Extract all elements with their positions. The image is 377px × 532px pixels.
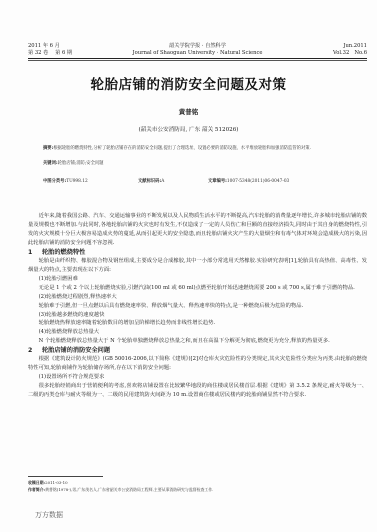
subparagraph-1-3: 轮胎燃烧热释放速率随着轮胎数目的增加呈阶梯增长趋势而非线性增长趋势.	[28, 319, 367, 328]
footnote-author-bio: 作者简介:黄普铭(1978-),男,广东茂名人,广东省韶关市公安消防局工程师,主…	[28, 487, 367, 492]
subparagraph-1-4: N 个轮胎燃烧释放总热量大于 N 个轮胎单独燃烧释放总热量之和,而且在高温下分解…	[28, 337, 367, 346]
article-id-value: 1007-5348(2011)06-0047-03	[227, 178, 289, 185]
footnote-received: 收稿日期:2011-03-10	[28, 480, 367, 485]
section-2-number: 2	[28, 346, 42, 355]
subheading-1-3: (3)轮胎越多燃烧的速度越快	[28, 311, 367, 320]
footnote-rule	[28, 476, 103, 477]
section-2-title: 轮胎店铺的消防安全问题	[42, 347, 110, 354]
author-affiliation: (韶关市公安消防局, 广东 韶关 512026)	[0, 125, 377, 133]
bio-label: 作者简介:	[28, 487, 45, 492]
header-volume-en: Vol.32 No.6	[333, 50, 367, 57]
classification-line: 中图分类号:TU998.12文献标识码:A文章编号:1007-5348(2011…	[43, 178, 357, 185]
section-1-title: 轮胎的燃烧特性	[42, 249, 85, 256]
bio-text: 黄普铭(1978-),男,广东茂名人,广东省韶关市公安消防局工程师,主要从事消防…	[45, 487, 213, 492]
doc-code-value: A	[161, 178, 164, 185]
keywords-text: 轮胎店铺;消防;安全问题	[58, 161, 104, 166]
article-author: 黄普铭	[0, 107, 377, 116]
header-rule-thin	[28, 60, 367, 61]
section-1-heading: 1轮胎的燃烧特性	[28, 248, 367, 257]
subheading-1-2: (2)轮胎燃烧过程剧烈,释热速率大	[28, 293, 367, 302]
section-2-heading: 2轮胎店铺的消防安全问题	[28, 346, 367, 355]
abstract-label: 摘要:	[43, 146, 53, 151]
subparagraph-1-1: 无论是 1 个或 2 个以上轮胎燃烧实验,引燃汽油(100 ml 或 60 ml…	[28, 284, 367, 293]
header-date-en: Jun.2011	[343, 43, 367, 50]
keywords: 关键词:轮胎店铺;消防;安全问题	[43, 160, 357, 167]
watermark: 万方数据	[35, 510, 63, 520]
section-1-paragraph: 轮胎是由纤织物、橡胶混合物及钢丝组成,主要成分是合成橡胶,其中一小部分常选用天然…	[28, 257, 367, 275]
article-title: 轮胎店铺的消防安全问题及对策	[0, 73, 377, 93]
intro-paragraph: 近年来,随着我国公路、汽车、交通运输事业的不断发展以及人民物质生活水平的不断提高…	[28, 212, 367, 248]
doc-code-label: 文献标识码:	[138, 179, 161, 184]
abstract-text: 根据轮胎的燃烧特性,分析了轮胎店铺存在的消防安全问题,提出了合理选址、设置必要的…	[53, 146, 311, 151]
article-id-label: 文章编号:	[208, 179, 227, 184]
header-journal-cn: 韶关学院学报 · 自然科学	[28, 43, 367, 50]
keywords-label: 关键词:	[43, 161, 58, 166]
header-rule	[28, 58, 367, 59]
subheading-1-1: (1)轮胎引燃困难	[28, 275, 367, 284]
clc-label: 中图分类号:	[43, 179, 66, 184]
section-2-paragraph: 根据《建筑设计防火规范》(GB 50016-2006,以下简称《建规》)[2]对…	[28, 355, 367, 373]
received-date: 2011-03-10	[45, 480, 67, 485]
header-journal-en: Journal of Shaoguan University · Natural…	[28, 50, 367, 57]
article-body: 近年来,随着我国公路、汽车、交通运输事业的不断发展以及人民物质生活水平的不断提高…	[28, 212, 367, 400]
subheading-1-4: (4)轮胎燃烧释放总热量大	[28, 328, 367, 337]
section-1-number: 1	[28, 248, 42, 257]
received-label: 收稿日期:	[28, 480, 45, 485]
subheading-2-1: (1)设置场所不符合规范要求	[28, 373, 367, 382]
subparagraph-2-1: 很多轮胎经销商出于营销便利的考虑,喜欢将店铺设置在比较繁华地段的商住楼或居民楼首…	[28, 382, 367, 400]
subparagraph-1-2: 轮胎难于引燃,但一旦点燃以后具有燃烧速率快、释放烟气量大、释热速率快的特点,是一…	[28, 302, 367, 311]
clc-value: TU998.12	[66, 178, 88, 185]
abstract: 摘要:根据轮胎的燃烧特性,分析了轮胎店铺存在的消防安全问题,提出了合理选址、设置…	[43, 145, 357, 152]
paper-page: 2011 年 6 月 韶关学院学报 · 自然科学 Jun.2011 第 32 卷…	[0, 0, 377, 532]
